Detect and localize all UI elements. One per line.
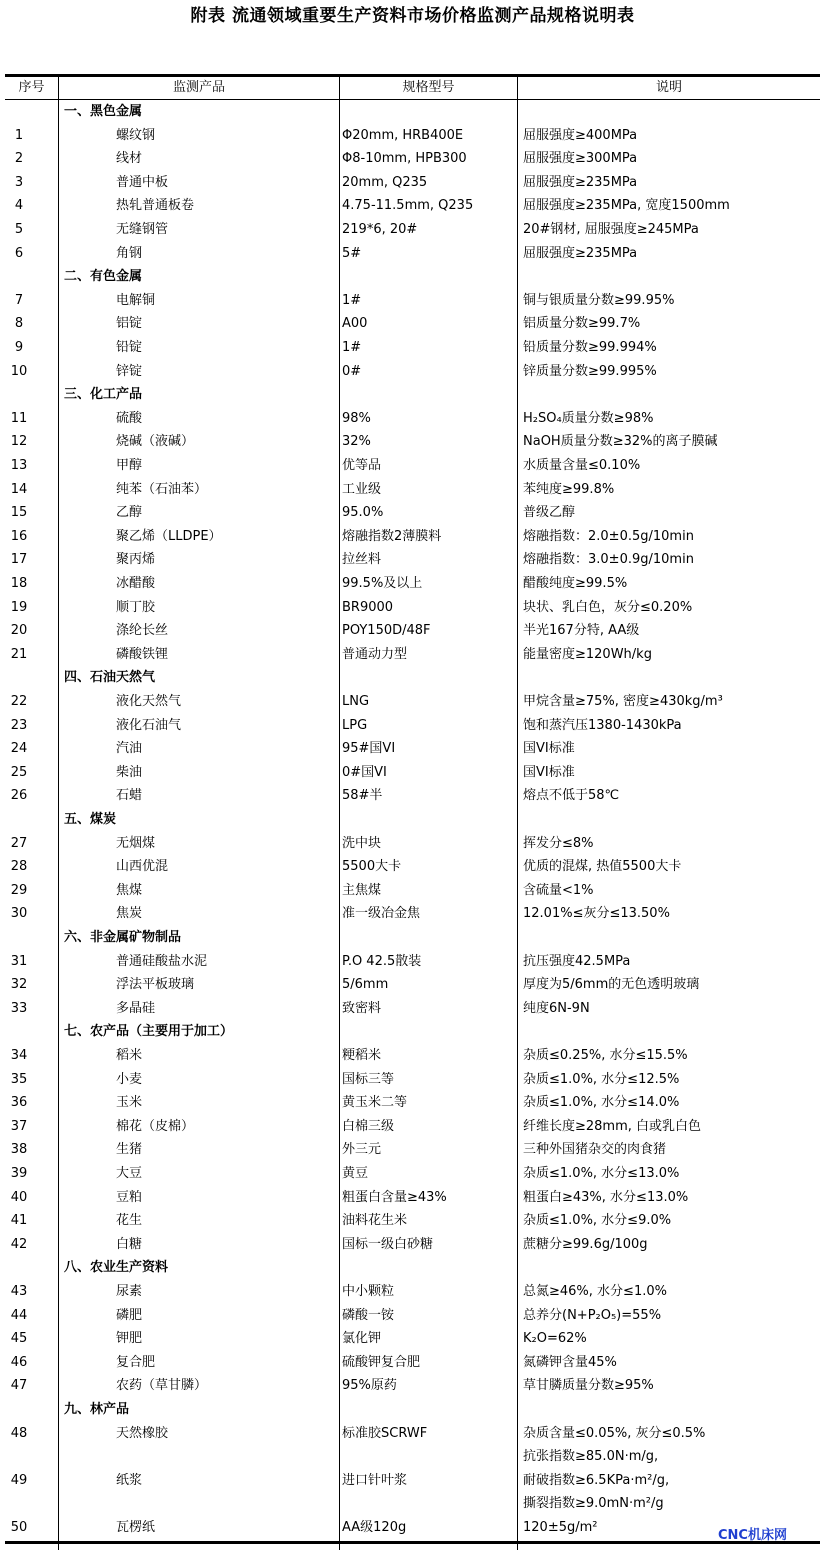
description: 20#钢材, 屈服强度≥245MPa	[523, 218, 699, 242]
row-number: 15	[5, 501, 33, 525]
description: 半光167分特, AA级	[523, 619, 639, 643]
spec-model: 中小颗粒	[342, 1280, 394, 1304]
row-number: 27	[5, 832, 33, 856]
spec-model: P.O 42.5散装	[342, 950, 421, 974]
description: 国VI标准	[523, 761, 575, 785]
spec-model: 洗中块	[342, 832, 381, 856]
description: 杂质≤1.0%, 水分≤9.0%	[523, 1209, 671, 1233]
product-name: 角钢	[116, 242, 142, 266]
table-row: 34稻米粳稻米杂质≤0.25%, 水分≤15.5%	[5, 1044, 820, 1068]
section-label: 二、有色金属	[64, 265, 142, 289]
description: H₂SO₄质量分数≥98%	[523, 407, 653, 431]
table-row: 46复合肥硫酸钾复合肥氮磷钾含量45%	[5, 1351, 820, 1375]
spec-model: BR9000	[342, 596, 393, 620]
description: 国VI标准	[523, 737, 575, 761]
row-number: 1	[5, 124, 33, 148]
table-row: 14纯苯（石油苯）工业级苯纯度≥99.8%	[5, 478, 820, 502]
row-number: 33	[5, 997, 33, 1021]
table-row: 13甲醇优等品水质量含量≤0.10%	[5, 454, 820, 478]
spec-model: 95#国VI	[342, 737, 395, 761]
row-number: 31	[5, 950, 33, 974]
product-name: 大豆	[116, 1162, 142, 1186]
table-row: 47农药（草甘膦）95%原药草甘膦质量分数≥95%	[5, 1374, 820, 1398]
table-row: 43尿素中小颗粒总氮≥46%, 水分≤1.0%	[5, 1280, 820, 1304]
table-row: 19顺丁胶BR9000块状、乳白色，灰分≤0.20%	[5, 596, 820, 620]
product-name: 稻米	[116, 1044, 142, 1068]
spec-model: 99.5%及以上	[342, 572, 422, 596]
table-row: 8铝锭A00铝质量分数≥99.7%	[5, 312, 820, 336]
product-name: 多晶硅	[116, 997, 155, 1021]
description: 氮磷钾含量45%	[523, 1351, 617, 1375]
product-name: 生猪	[116, 1138, 142, 1162]
table-row: 1螺纹钢Φ20mm, HRB400E屈服强度≥400MPa	[5, 124, 820, 148]
spec-model: 磷酸一铵	[342, 1304, 394, 1328]
spec-model: 拉丝料	[342, 548, 381, 572]
product-name: 钾肥	[116, 1327, 142, 1351]
row-number: 8	[5, 312, 33, 336]
table-row: 17聚丙烯拉丝料熔融指数：3.0±0.9g/10min	[5, 548, 820, 572]
table-row: 4热轧普通板卷4.75-11.5mm, Q235屈服强度≥235MPa, 宽度1…	[5, 194, 820, 218]
table-row: 12烧碱（液碱）32%NaOH质量分数≥32%的离子膜碱	[5, 430, 820, 454]
table-row: 6角钢5#屈服强度≥235MPa	[5, 242, 820, 266]
product-name: 农药（草甘膦）	[116, 1374, 207, 1398]
table-row: 27无烟煤洗中块挥发分≤8%	[5, 832, 820, 856]
description: 水质量含量≤0.10%	[523, 454, 640, 478]
section-row: 九、林产品	[5, 1398, 820, 1422]
table-row: 9铅锭1#铅质量分数≥99.994%	[5, 336, 820, 360]
table-row: 16聚乙烯（LLDPE）熔融指数2薄膜料熔融指数：2.0±0.5g/10min	[5, 525, 820, 549]
description-line: 撕裂指数≥9.0mN·m²/g	[523, 1492, 664, 1516]
section-label: 七、农产品（主要用于加工）	[64, 1020, 233, 1044]
section-label: 九、林产品	[64, 1398, 129, 1422]
product-name: 热轧普通板卷	[116, 194, 194, 218]
spec-model: 58#半	[342, 784, 382, 808]
table-row: 41花生油料花生米杂质≤1.0%, 水分≤9.0%	[5, 1209, 820, 1233]
section-label: 八、农业生产资料	[64, 1256, 168, 1280]
row-number: 17	[5, 548, 33, 572]
description: 屈服强度≥235MPa	[523, 171, 637, 195]
description: 铅质量分数≥99.994%	[523, 336, 657, 360]
row-number: 36	[5, 1091, 33, 1115]
product-name: 纸浆	[116, 1469, 142, 1493]
product-name: 普通中板	[116, 171, 168, 195]
section-row: 七、农产品（主要用于加工）	[5, 1020, 820, 1044]
section-row: 四、石油天然气	[5, 666, 820, 690]
product-name: 花生	[116, 1209, 142, 1233]
description: 普级乙醇	[523, 501, 575, 525]
spec-model: 标准胶SCRWF	[342, 1422, 427, 1446]
row-number: 28	[5, 855, 33, 879]
table-row: 18冰醋酸99.5%及以上醋酸纯度≥99.5%	[5, 572, 820, 596]
spec-model: POY150D/48F	[342, 619, 431, 643]
spec-model: 白棉三级	[342, 1115, 394, 1139]
product-name: 豆粕	[116, 1186, 142, 1210]
description: 杂质≤1.0%, 水分≤14.0%	[523, 1091, 679, 1115]
product-name: 浮法平板玻璃	[116, 973, 194, 997]
spec-model: Φ20mm, HRB400E	[342, 124, 463, 148]
description: 熔点不低于58℃	[523, 784, 619, 808]
description: 抗压强度42.5MPa	[523, 950, 630, 974]
page-title: 附表 流通领域重要生产资料市场价格监测产品规格说明表	[0, 4, 825, 28]
section-row: 五、煤炭	[5, 808, 820, 832]
row-number: 26	[5, 784, 33, 808]
product-name: 柴油	[116, 761, 142, 785]
section-row: 三、化工产品	[5, 383, 820, 407]
row-number: 35	[5, 1068, 33, 1092]
product-name: 玉米	[116, 1091, 142, 1115]
row-number: 40	[5, 1186, 33, 1210]
header-product: 监测产品	[59, 77, 339, 99]
description: 厚度为5/6mm的无色透明玻璃	[523, 973, 699, 997]
description: 屈服强度≥300MPa	[523, 147, 637, 171]
row-number: 44	[5, 1304, 33, 1328]
section-row: 一、黑色金属	[5, 100, 820, 124]
product-name: 白糖	[116, 1233, 142, 1257]
row-number: 23	[5, 714, 33, 738]
table-row: 44磷肥磷酸一铵总养分(N+P₂O₅)=55%	[5, 1304, 820, 1328]
spec-model: 粗蛋白含量≥43%	[342, 1186, 447, 1210]
product-name: 尿素	[116, 1280, 142, 1304]
product-name: 山西优混	[116, 855, 168, 879]
description: 12.01%≤灰分≤13.50%	[523, 902, 670, 926]
spec-model: 0#国VI	[342, 761, 387, 785]
row-number: 34	[5, 1044, 33, 1068]
section-label: 三、化工产品	[64, 383, 142, 407]
description: 锌质量分数≥99.995%	[523, 360, 657, 384]
product-name: 小麦	[116, 1068, 142, 1092]
description: K₂O=62%	[523, 1327, 587, 1351]
description: 铜与银质量分数≥99.95%	[523, 289, 674, 313]
table-row: 45钾肥氯化钾K₂O=62%	[5, 1327, 820, 1351]
description: 杂质≤1.0%, 水分≤13.0%	[523, 1162, 679, 1186]
table-row: 39大豆黄豆杂质≤1.0%, 水分≤13.0%	[5, 1162, 820, 1186]
table-row: 3普通中板20mm, Q235屈服强度≥235MPa	[5, 171, 820, 195]
row-number: 49	[5, 1469, 33, 1493]
row-number: 7	[5, 289, 33, 313]
description: 粗蛋白≥43%, 水分≤13.0%	[523, 1186, 688, 1210]
table-row: 21磷酸铁锂普通动力型能量密度≥120Wh/kg	[5, 643, 820, 667]
product-name: 烧碱（液碱）	[116, 430, 194, 454]
section-label: 六、非金属矿物制品	[64, 926, 181, 950]
product-name: 磷酸铁锂	[116, 643, 168, 667]
row-number: 19	[5, 596, 33, 620]
table-row: 26石蜡58#半熔点不低于58℃	[5, 784, 820, 808]
row-number: 41	[5, 1209, 33, 1233]
table-row: 25柴油0#国VI国VI标准	[5, 761, 820, 785]
product-name: 冰醋酸	[116, 572, 155, 596]
description: 草甘膦质量分数≥95%	[523, 1374, 654, 1398]
table-row: 38生猪外三元三种外国猪杂交的肉食猪	[5, 1138, 820, 1162]
table-row: 23液化石油气LPG饱和蒸汽压1380-1430kPa	[5, 714, 820, 738]
table-row: 36玉米黄玉米二等杂质≤1.0%, 水分≤14.0%	[5, 1091, 820, 1115]
row-number: 46	[5, 1351, 33, 1375]
spec-model: 20mm, Q235	[342, 171, 427, 195]
description: 杂质≤0.25%, 水分≤15.5%	[523, 1044, 688, 1068]
spec-model: 主焦煤	[342, 879, 381, 903]
header-desc: 说明	[518, 77, 820, 99]
spec-model: 1#	[342, 289, 361, 313]
spec-model: 粳稻米	[342, 1044, 381, 1068]
table-row: 11硫酸98%H₂SO₄质量分数≥98%	[5, 407, 820, 431]
table-header: 序号 监测产品 规格型号 说明	[5, 77, 820, 99]
product-name: 甲醇	[116, 454, 142, 478]
spec-model: LNG	[342, 690, 369, 714]
product-name: 纯苯（石油苯）	[116, 478, 207, 502]
spec-model: A00	[342, 312, 367, 336]
section-label: 五、煤炭	[64, 808, 116, 832]
spec-model: 黄玉米二等	[342, 1091, 407, 1115]
product-name: 螺纹钢	[116, 124, 155, 148]
product-name: 聚丙烯	[116, 548, 155, 572]
product-name: 线材	[116, 147, 142, 171]
description: 含硫量<1%	[523, 879, 594, 903]
spec-model: 219*6, 20#	[342, 218, 417, 242]
spec-model: 98%	[342, 407, 371, 431]
product-name: 涤纶长丝	[116, 619, 168, 643]
row-number: 45	[5, 1327, 33, 1351]
description: 总氮≥46%, 水分≤1.0%	[523, 1280, 667, 1304]
row-number: 9	[5, 336, 33, 360]
table-row: 33多晶硅致密料纯度6N-9N	[5, 997, 820, 1021]
product-name: 棉花（皮棉）	[116, 1115, 194, 1139]
row-number: 43	[5, 1280, 33, 1304]
spec-model: 0#	[342, 360, 361, 384]
row-number: 4	[5, 194, 33, 218]
row-number: 5	[5, 218, 33, 242]
description: 醋酸纯度≥99.5%	[523, 572, 627, 596]
spec-model: 黄豆	[342, 1162, 368, 1186]
row-number: 24	[5, 737, 33, 761]
spec-model: 5500大卡	[342, 855, 401, 879]
row-number: 14	[5, 478, 33, 502]
product-name: 磷肥	[116, 1304, 142, 1328]
table-row: 35小麦国标三等杂质≤1.0%, 水分≤12.5%	[5, 1068, 820, 1092]
spec-model: 优等品	[342, 454, 381, 478]
description: 蔗糖分≥99.6g/100g	[523, 1233, 648, 1257]
description: 甲烷含量≥75%, 密度≥430kg/m³	[523, 690, 723, 714]
spec-model: 5#	[342, 242, 361, 266]
product-name: 锌锭	[116, 360, 142, 384]
description: 总养分(N+P₂O₅)=55%	[523, 1304, 661, 1328]
row-number: 11	[5, 407, 33, 431]
description-line: 抗张指数≥85.0N·m/g,	[523, 1445, 658, 1469]
product-name: 液化天然气	[116, 690, 181, 714]
product-name: 焦炭	[116, 902, 142, 926]
spec-model: 普通动力型	[342, 643, 407, 667]
row-number: 6	[5, 242, 33, 266]
description: 熔融指数：3.0±0.9g/10min	[523, 548, 694, 572]
row-number: 20	[5, 619, 33, 643]
spec-model: 工业级	[342, 478, 381, 502]
product-name: 天然橡胶	[116, 1422, 168, 1446]
spec-model: AA级120g	[342, 1516, 406, 1540]
description: 熔融指数：2.0±0.5g/10min	[523, 525, 694, 549]
product-name: 铝锭	[116, 312, 142, 336]
description: 屈服强度≥235MPa, 宽度1500mm	[523, 194, 730, 218]
description: 120±5g/m²	[523, 1516, 597, 1540]
row-number: 39	[5, 1162, 33, 1186]
row-number: 48	[5, 1422, 33, 1446]
section-row: 六、非金属矿物制品	[5, 926, 820, 950]
table-row: 7电解铜1#铜与银质量分数≥99.95%	[5, 289, 820, 313]
section-row: 二、有色金属	[5, 265, 820, 289]
spec-model: 油料花生米	[342, 1209, 407, 1233]
description: 纤维长度≥28mm, 白或乳白色	[523, 1115, 701, 1139]
table-row: 10锌锭0#锌质量分数≥99.995%	[5, 360, 820, 384]
spec-model: 进口针叶浆	[342, 1469, 407, 1493]
row-number: 47	[5, 1374, 33, 1398]
product-name: 铅锭	[116, 336, 142, 360]
spec-model: Φ8-10mm, HPB300	[342, 147, 467, 171]
description: 能量密度≥120Wh/kg	[523, 643, 652, 667]
row-number: 10	[5, 360, 33, 384]
table-row: 49纸浆进口针叶浆	[5, 1469, 820, 1493]
description: 屈服强度≥400MPa	[523, 124, 637, 148]
product-name: 乙醇	[116, 501, 142, 525]
row-number: 29	[5, 879, 33, 903]
section-label: 四、石油天然气	[64, 666, 155, 690]
product-name: 汽油	[116, 737, 142, 761]
product-name: 焦煤	[116, 879, 142, 903]
spec-model: 硫酸钾复合肥	[342, 1351, 420, 1375]
spec-model: LPG	[342, 714, 367, 738]
row-number: 42	[5, 1233, 33, 1257]
row-number: 37	[5, 1115, 33, 1139]
product-name: 液化石油气	[116, 714, 181, 738]
table-row: 5无缝钢管219*6, 20#20#钢材, 屈服强度≥245MPa	[5, 218, 820, 242]
description: 苯纯度≥99.8%	[523, 478, 614, 502]
spec-model: 外三元	[342, 1138, 381, 1162]
row-number: 18	[5, 572, 33, 596]
spec-model: 准一级冶金焦	[342, 902, 420, 926]
table-row: 30焦炭准一级冶金焦12.01%≤灰分≤13.50%	[5, 902, 820, 926]
header-no: 序号	[5, 77, 58, 99]
table-row: 50瓦楞纸AA级120g120±5g/m²	[5, 1516, 820, 1540]
row-number: 50	[5, 1516, 33, 1540]
section-label: 一、黑色金属	[64, 100, 142, 124]
table-row: 32浮法平板玻璃5/6mm厚度为5/6mm的无色透明玻璃	[5, 973, 820, 997]
table-row: 40豆粕粗蛋白含量≥43%粗蛋白≥43%, 水分≤13.0%	[5, 1186, 820, 1210]
table-row: 42白糖国标一级白砂糖蔗糖分≥99.6g/100g	[5, 1233, 820, 1257]
section-row: 八、农业生产资料	[5, 1256, 820, 1280]
table-row: 28山西优混5500大卡优质的混煤, 热值5500大卡	[5, 855, 820, 879]
header-spec: 规格型号	[340, 77, 517, 99]
description: 块状、乳白色，灰分≤0.20%	[523, 596, 692, 620]
row-number: 22	[5, 690, 33, 714]
spec-model: 1#	[342, 336, 361, 360]
table-row: 15乙醇95.0%普级乙醇	[5, 501, 820, 525]
product-name: 聚乙烯（LLDPE）	[116, 525, 222, 549]
spec-model: 4.75-11.5mm, Q235	[342, 194, 473, 218]
product-name: 普通硅酸盐水泥	[116, 950, 207, 974]
spec-model: 熔融指数2薄膜料	[342, 525, 441, 549]
table-row: 2线材Φ8-10mm, HPB300屈服强度≥300MPa	[5, 147, 820, 171]
row-number: 13	[5, 454, 33, 478]
row-number: 16	[5, 525, 33, 549]
table-row: 20涤纶长丝POY150D/48F半光167分特, AA级	[5, 619, 820, 643]
description: NaOH质量分数≥32%的离子膜碱	[523, 430, 718, 454]
description: 屈服强度≥235MPa	[523, 242, 637, 266]
table-row: 31普通硅酸盐水泥P.O 42.5散装抗压强度42.5MPa	[5, 950, 820, 974]
row-number: 38	[5, 1138, 33, 1162]
product-name: 无烟煤	[116, 832, 155, 856]
description: 三种外国猪杂交的肉食猪	[523, 1138, 666, 1162]
row-number: 21	[5, 643, 33, 667]
product-name: 复合肥	[116, 1351, 155, 1375]
row-number: 2	[5, 147, 33, 171]
table-row: 37棉花（皮棉）白棉三级纤维长度≥28mm, 白或乳白色	[5, 1115, 820, 1139]
description: 铝质量分数≥99.7%	[523, 312, 640, 336]
table-row: 29焦煤主焦煤含硫量<1%	[5, 879, 820, 903]
spec-model: 致密料	[342, 997, 381, 1021]
description: 优质的混煤, 热值5500大卡	[523, 855, 681, 879]
description: 杂质含量≤0.05%, 灰分≤0.5%	[523, 1422, 705, 1446]
table-row: 48天然橡胶标准胶SCRWF杂质含量≤0.05%, 灰分≤0.5%	[5, 1422, 820, 1446]
spec-model: 5/6mm	[342, 973, 388, 997]
product-name: 电解铜	[116, 289, 155, 313]
product-name: 石蜡	[116, 784, 142, 808]
spec-model: 国标一级白砂糖	[342, 1233, 433, 1257]
product-name: 瓦楞纸	[116, 1516, 155, 1540]
row-number: 12	[5, 430, 33, 454]
product-name: 无缝钢管	[116, 218, 168, 242]
row-number: 25	[5, 761, 33, 785]
description: 饱和蒸汽压1380-1430kPa	[523, 714, 682, 738]
product-name: 硫酸	[116, 407, 142, 431]
row-number: 32	[5, 973, 33, 997]
spec-model: 国标三等	[342, 1068, 394, 1092]
description: 挥发分≤8%	[523, 832, 594, 856]
product-name: 顺丁胶	[116, 596, 155, 620]
spec-model: 32%	[342, 430, 371, 454]
table-row: 24汽油95#国VI国VI标准	[5, 737, 820, 761]
table-row: 22液化天然气LNG甲烷含量≥75%, 密度≥430kg/m³	[5, 690, 820, 714]
spec-model: 氯化钾	[342, 1327, 381, 1351]
table-bottom-rule	[5, 1541, 820, 1544]
watermark-logo: CNC机床网	[718, 1524, 787, 1543]
row-number: 30	[5, 902, 33, 926]
description: 纯度6N-9N	[523, 997, 590, 1021]
spec-model: 95.0%	[342, 501, 383, 525]
row-number: 3	[5, 171, 33, 195]
description: 杂质≤1.0%, 水分≤12.5%	[523, 1068, 679, 1092]
spec-model: 95%原药	[342, 1374, 397, 1398]
